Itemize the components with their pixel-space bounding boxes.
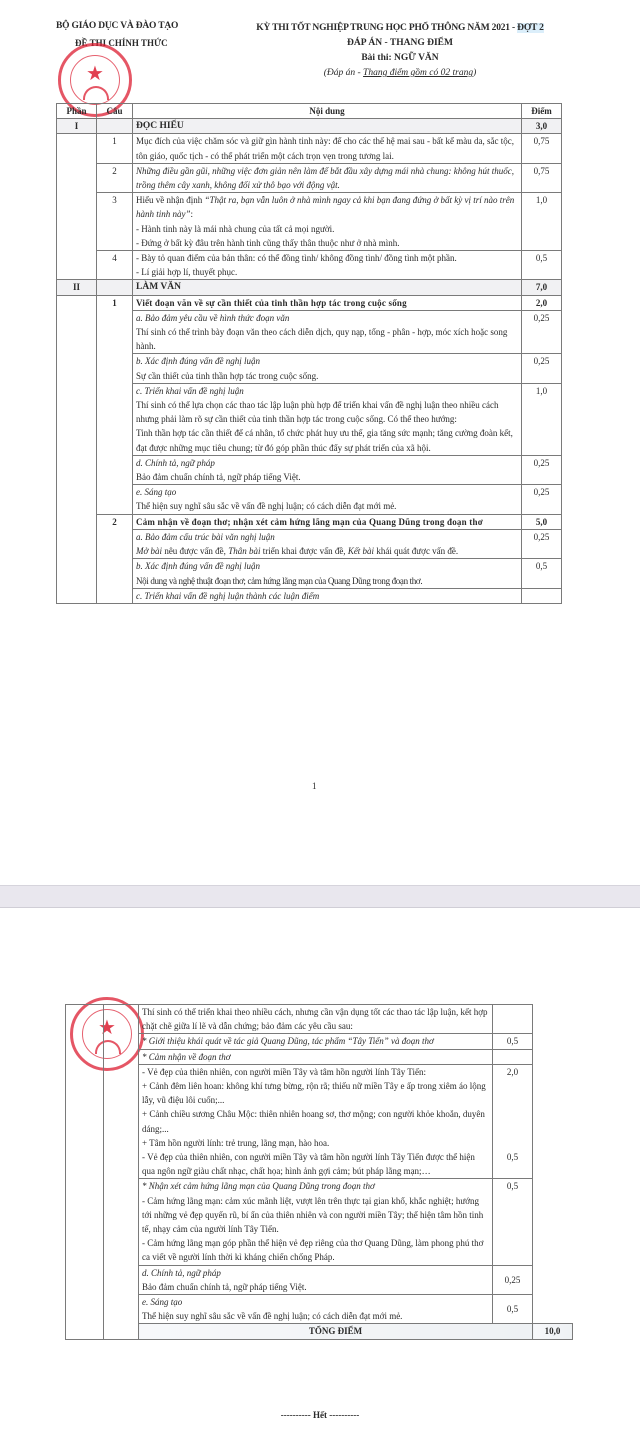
page-number: 1	[312, 781, 317, 791]
table-row: c. Triển khai vấn đề nghị luận thành các…	[57, 588, 562, 603]
section-row-reading: I ĐỌC HIỂU 3,0	[57, 119, 562, 134]
table-row: - Vẻ đẹp của thiên nhiên, con người miền…	[66, 1064, 573, 1179]
exam-title: KỲ THI TỐT NGHIỆP TRUNG HỌC PHỔ THÔNG NĂ…	[230, 21, 570, 36]
total-score: 10,0	[533, 1324, 573, 1339]
exam-round: ĐỢT 2	[517, 23, 544, 33]
page-separator	[0, 885, 640, 908]
table-row: * Giới thiệu khái quát về tác giả Quang …	[66, 1034, 573, 1049]
answer-table-page-1: Phần Câu Nội dung Điểm I ĐỌC HIỂU 3,0 1 …	[56, 103, 562, 604]
table-row: 1 Mục đích của việc chăm sóc và giữ gìn …	[57, 134, 562, 163]
table-row: a. Bảo đảm yêu cầu về hình thức đoạn văn…	[57, 310, 562, 354]
answer-key-page-1: BỘ GIÁO DỤC VÀ ĐÀO TẠO ĐỀ THI CHÍNH THỨC…	[0, 0, 640, 885]
table-header-row: Phần Câu Nội dung Điểm	[57, 104, 562, 119]
ministry-name: BỘ GIÁO DỤC VÀ ĐÀO TẠO	[56, 21, 178, 31]
table-row: e. Sáng tạoThể hiện suy nghĩ sâu sắc về …	[66, 1295, 573, 1324]
table-row: * Nhận xét cảm hứng lãng mạn của Quang D…	[66, 1179, 573, 1265]
table-row: d. Chính tả, ngữ phápBảo đảm chuẩn chính…	[57, 455, 562, 484]
document-header: KỲ THI TỐT NGHIỆP TRUNG HỌC PHỔ THÔNG NĂ…	[230, 21, 570, 81]
total-row: TỔNG ĐIỂM 10,0	[66, 1324, 573, 1339]
table-row: 1 Viết đoạn văn về sự cần thiết của tinh…	[57, 295, 562, 310]
table-row: a. Bảo đảm cấu trúc bài văn nghị luậnMở …	[57, 529, 562, 558]
table-row: 2 Cảm nhận về đoạn thơ; nhận xét cảm hứn…	[57, 514, 562, 529]
table-row: c. Triển khai vấn đề nghị luậnThí sinh c…	[57, 383, 562, 455]
table-row: 2 Những điều gần gũi, những việc đơn giả…	[57, 163, 562, 192]
table-row: e. Sáng tạoThể hiện suy nghĩ sâu sắc về …	[57, 485, 562, 514]
answer-table-page-2: Thí sinh có thể triển khai theo nhiều cá…	[65, 1004, 573, 1340]
subject-label: Bài thi: NGỮ VĂN	[230, 51, 570, 66]
official-exam-label: ĐỀ THI CHÍNH THỨC	[75, 38, 168, 48]
table-row: * Cảm nhận về đoạn thơ	[66, 1049, 573, 1064]
table-row: 4 - Bày tỏ quan điểm của bản thân: có th…	[57, 251, 562, 280]
page-count-note: (Đáp án - Thang điểm gồm có 02 trang)	[230, 66, 570, 81]
document-title: ĐÁP ÁN - THANG ĐIỂM	[230, 36, 570, 51]
table-row: 3 Hiểu về nhận định “Thật ra, bạn vẫn lu…	[57, 193, 562, 251]
table-row: d. Chính tả, ngữ phápBảo đảm chuẩn chính…	[66, 1265, 573, 1294]
end-of-document-mark: ---------- Hết ----------	[0, 1410, 640, 1420]
section-row-writing: II LÀM VĂN 7,0	[57, 280, 562, 295]
total-label: TỔNG ĐIỂM	[139, 1324, 533, 1339]
table-row: Thí sinh có thể triển khai theo nhiều cá…	[66, 1005, 573, 1034]
table-row: b. Xác định đúng vấn đề nghị luậnSự cần …	[57, 354, 562, 383]
table-row: b. Xác định đúng vấn đề nghị luậnNội dun…	[57, 559, 562, 588]
